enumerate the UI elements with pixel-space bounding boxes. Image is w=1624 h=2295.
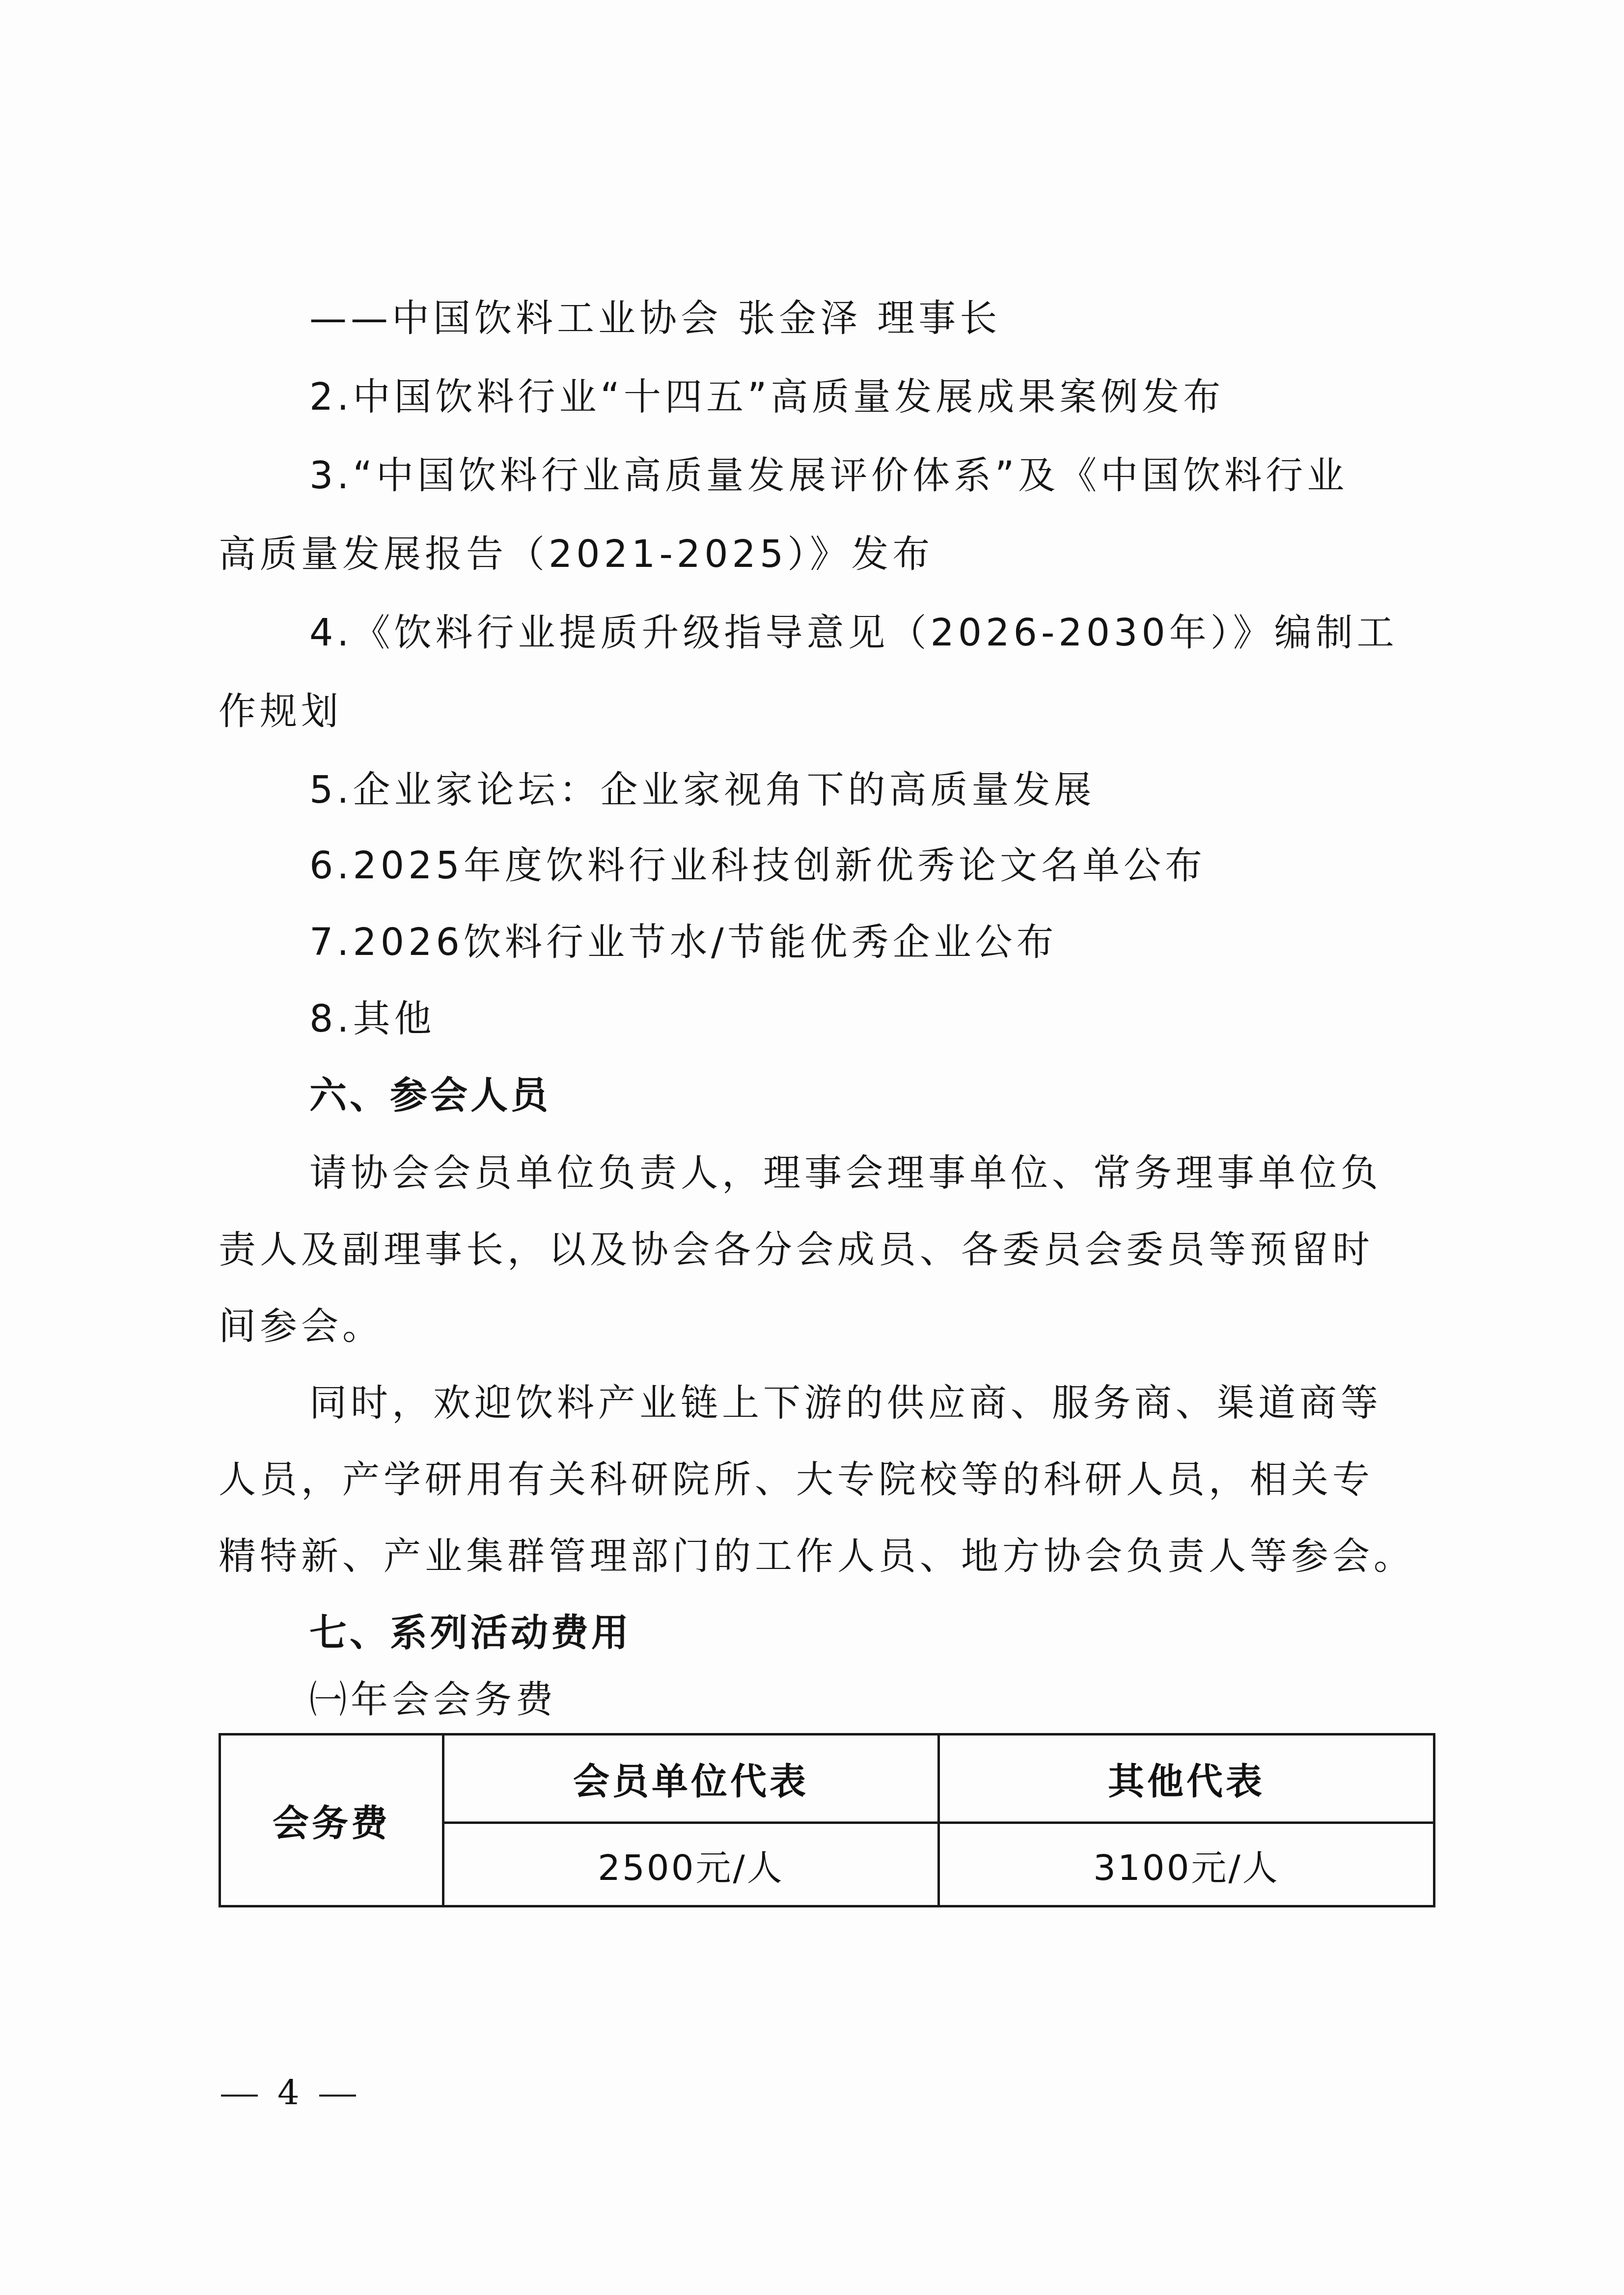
agenda-item-3: 3.“中国饮料行业高质量发展评价体系”及《中国饮料行业 (309, 451, 1348, 500)
section-6-heading: 六、参会人员 (309, 1071, 551, 1120)
page-number-left-dash (221, 2095, 258, 2097)
column-member-representative: 会员单位代表 (443, 1735, 939, 1823)
section-6-paragraph-1-line-1: 请协会会员单位负责人，理事会理事单位、常务理事单位负 (309, 1148, 1382, 1198)
other-fee-value: 3100元/人 (939, 1823, 1434, 1906)
section-6-paragraph-2-line-1: 同时，欢迎饮料产业链上下游的供应商、服务商、渠道商等 (309, 1378, 1382, 1427)
section-6-paragraph-1-line-2: 责人及副理事长，以及协会各分会成员、各委员会委员等预留时 (219, 1225, 1374, 1274)
page-number-right-dash (319, 2095, 356, 2097)
agenda-item-8: 8.其他 (309, 994, 436, 1043)
conference-fee-table: 会务费 会员单位代表 其他代表 2500元/人 3100元/人 (219, 1733, 1435, 1907)
attribution-line: ——中国饮料工业协会 张金泽 理事长 (309, 294, 1001, 343)
section-7-heading: 七、系列活动费用 (309, 1608, 632, 1657)
agenda-item-4: 4.《饮料行业提质升级指导意见（2026-2030年）》编制工 (309, 608, 1398, 657)
section-7-subheading: ㈠年会会务费 (309, 1675, 557, 1724)
agenda-item-3-continued: 高质量发展报告（2021-2025）》发布 (219, 530, 934, 579)
section-6-paragraph-2-line-3: 精特新、产业集群管理部门的工作人员、地方协会负责人等参会。 (219, 1532, 1415, 1581)
page-number: 4 (221, 2073, 356, 2112)
section-6-paragraph-2-line-2: 人员，产学研用有关科研院所、大专院校等的科研人员，相关专 (219, 1455, 1374, 1504)
agenda-item-2: 2.中国饮料行业“十四五”高质量发展成果案例发布 (309, 372, 1224, 421)
agenda-item-4-continued: 作规划 (219, 687, 342, 736)
fee-table-header-row: 会务费 会员单位代表 其他代表 (220, 1735, 1434, 1823)
document-page: ——中国饮料工业协会 张金泽 理事长 2.中国饮料行业“十四五”高质量发展成果案… (0, 0, 1624, 2295)
page-number-value: 4 (277, 2073, 300, 2112)
agenda-item-7: 7.2026饮料行业节水/节能优秀企业公布 (309, 918, 1058, 967)
member-fee-value: 2500元/人 (443, 1823, 939, 1906)
agenda-item-5: 5.企业家论坛：企业家视角下的高质量发展 (309, 765, 1096, 814)
agenda-item-6: 6.2025年度饮料行业科技创新优秀论文名单公布 (309, 841, 1206, 890)
fee-row-label: 会务费 (220, 1735, 443, 1906)
section-6-paragraph-1-line-3: 间参会。 (219, 1302, 384, 1351)
column-other-representative: 其他代表 (939, 1735, 1434, 1823)
